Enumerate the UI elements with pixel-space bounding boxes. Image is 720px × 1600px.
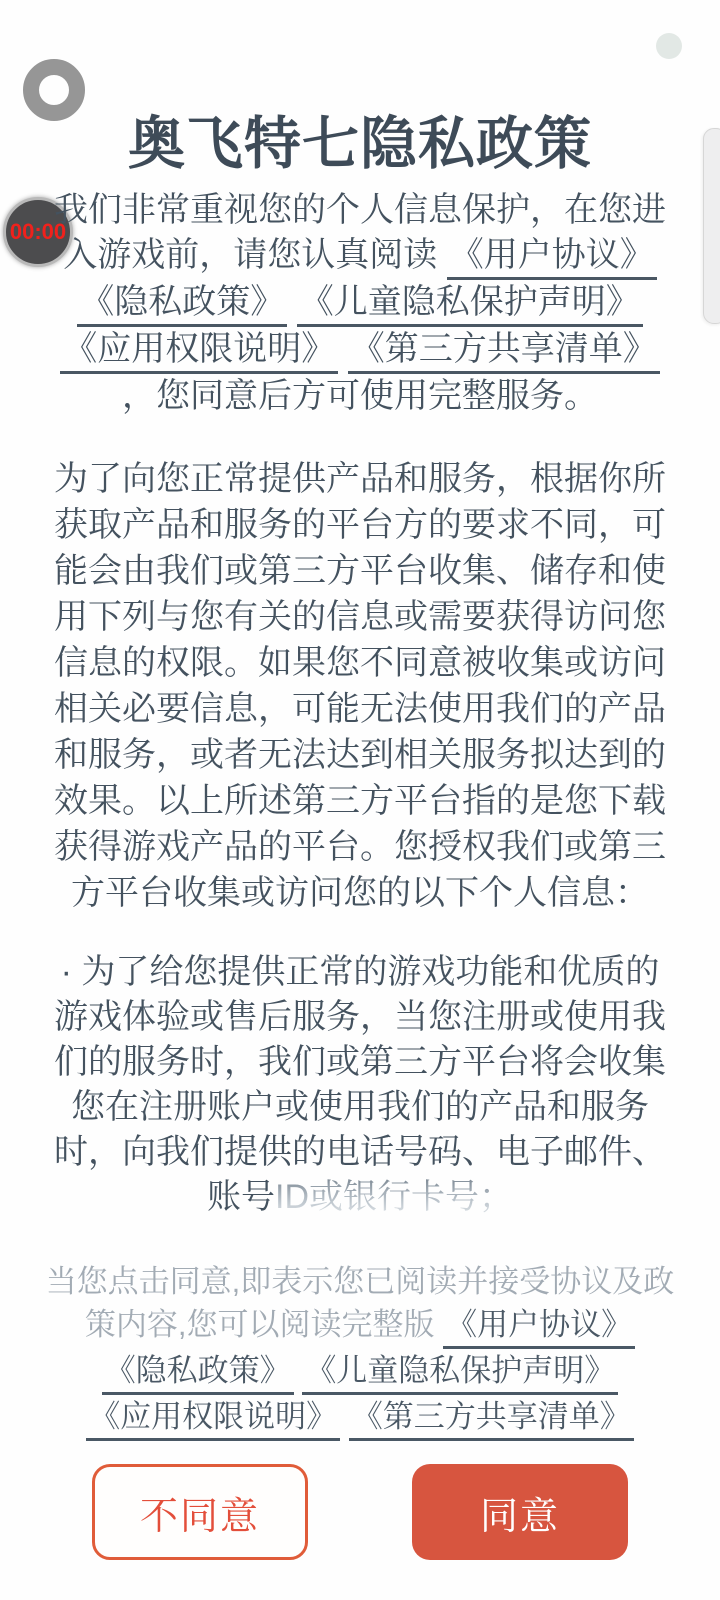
policy-link[interactable]: 《隐私政策》 bbox=[77, 282, 287, 327]
paragraph-text bbox=[340, 1399, 349, 1434]
policy-link[interactable]: 《第三方共享清单》 bbox=[348, 329, 660, 374]
agree-button[interactable]: 同意 bbox=[412, 1464, 628, 1560]
policy-link[interactable]: 《用户协议》 bbox=[447, 235, 657, 280]
page-title: 奥飞特七隐私政策 bbox=[0, 98, 720, 180]
paragraph-text bbox=[338, 330, 347, 368]
paragraph-text bbox=[294, 1353, 303, 1388]
policy-link[interactable]: 《应用权限说明》 bbox=[60, 329, 338, 374]
policy-link[interactable]: 《应用权限说明》 bbox=[86, 1398, 340, 1441]
footer-note: 当您点击同意,即表示您已阅读并接受协议及政策内容,您可以阅读完整版 《用户协议》… bbox=[36, 1260, 684, 1441]
bullet-paragraph-text: · 为了给您提供正常的游戏功能和优质的游戏体验或售后服务，当您注册或使用我们的服… bbox=[54, 953, 666, 1216]
disagree-button[interactable]: 不同意 bbox=[92, 1464, 308, 1560]
action-buttons: 不同意 同意 bbox=[0, 1464, 720, 1560]
faint-dot-icon bbox=[656, 33, 682, 59]
privacy-dialog: 00:00 奥飞特七隐私政策 我们非常重视您的个人信息保护，在您进入游戏前，请您… bbox=[0, 0, 720, 1600]
paragraph-text bbox=[287, 283, 296, 321]
intro-paragraph: 我们非常重视您的个人信息保护，在您进入游戏前，请您认真阅读 《用户协议》 《隐私… bbox=[50, 188, 670, 419]
bullet-paragraph: · 为了给您提供正常的游戏功能和优质的游戏体验或售后服务，当您注册或使用我们的服… bbox=[50, 950, 670, 1220]
body-paragraph: 为了向您正常提供产品和服务，根据你所获取产品和服务的平台方的要求不同，可能会由我… bbox=[50, 456, 670, 916]
policy-link[interactable]: 《儿童隐私保护声明》 bbox=[297, 282, 643, 327]
policy-link[interactable]: 《隐私政策》 bbox=[102, 1352, 294, 1395]
policy-link[interactable]: 《用户协议》 bbox=[443, 1306, 635, 1349]
paragraph-text: ，您同意后方可使用完整服务。 bbox=[122, 377, 598, 415]
policy-link[interactable]: 《儿童隐私保护声明》 bbox=[302, 1352, 618, 1395]
policy-link[interactable]: 《第三方共享清单》 bbox=[349, 1398, 634, 1441]
faded-text: ID或银行卡号； bbox=[275, 1178, 513, 1216]
